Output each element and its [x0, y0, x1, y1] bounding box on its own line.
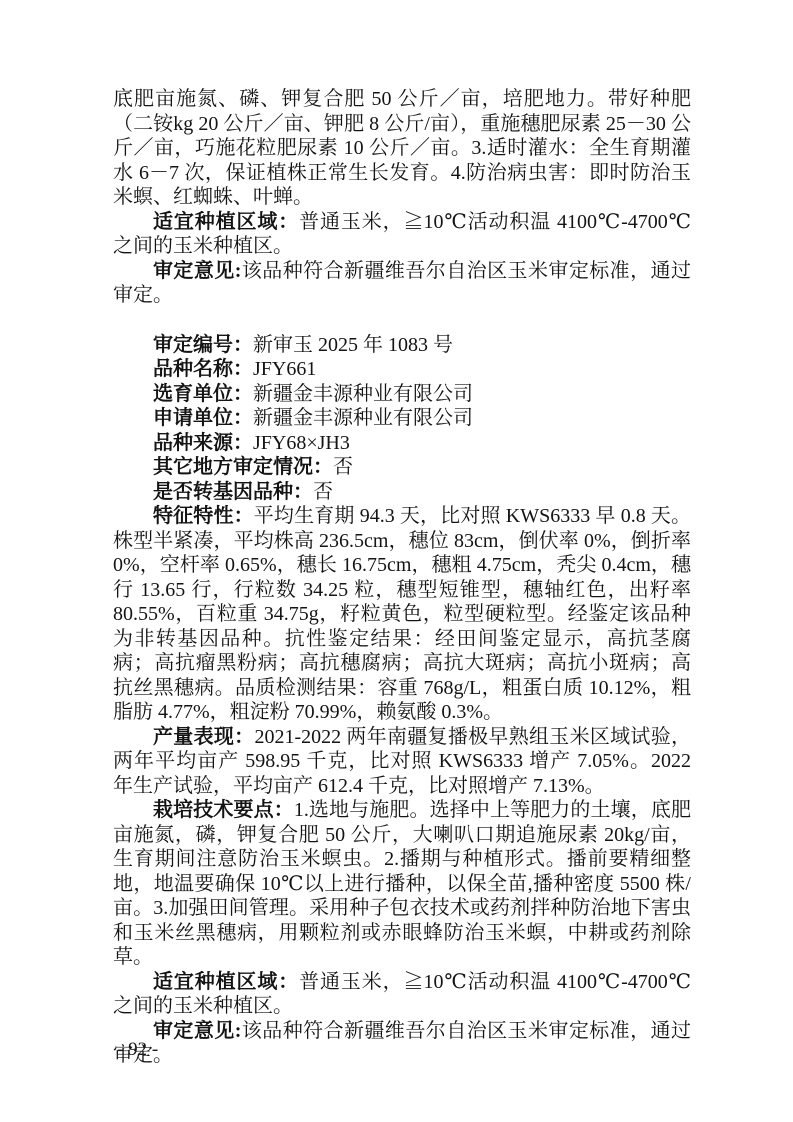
- paragraph-text: 新审玉 2025 年 1083 号: [253, 334, 453, 356]
- paragraph-text: JFY68×JH3: [253, 432, 350, 454]
- field-label: 适宜种植区域：: [153, 971, 299, 993]
- field-label: 是否转基因品种：: [153, 481, 313, 503]
- field-approval-opinion-1: 审定意见:该品种符合新疆维吾尔自治区玉米审定标准，通过审定。: [113, 259, 691, 308]
- field-applicant-unit: 申请单位：新疆金丰源种业有限公司: [113, 406, 691, 431]
- blank-line: [113, 308, 691, 333]
- field-is-transgenic: 是否转基因品种：否: [113, 480, 691, 505]
- paragraph-text: 否: [333, 456, 353, 478]
- field-suitable-region-2: 适宜种植区域：普通玉米，≧10℃活动积温 4100℃-4700℃之间的玉米种植区…: [113, 970, 691, 1019]
- field-characteristics: 特征特性：平均生育期 94.3 天，比对照 KWS6333 早 0.8 天。株型…: [113, 504, 691, 725]
- field-label: 适宜种植区域：: [153, 211, 299, 233]
- field-label: 审定意见:: [153, 1020, 241, 1042]
- paragraph-text: 平均生育期 94.3 天，比对照 KWS6333 早 0.8 天。株型半紧凑，平…: [113, 505, 691, 723]
- field-label: 特征特性：: [153, 505, 254, 527]
- page-number: - 92 -: [117, 1038, 158, 1062]
- paragraph-cultivation-continued: 底肥亩施氮、磷、钾复合肥 50 公斤／亩，培肥地力。带好种肥（二铵kg 20 公…: [113, 87, 691, 210]
- field-label: 审定编号：: [153, 334, 253, 356]
- field-label: 审定意见:: [153, 260, 241, 282]
- field-label: 申请单位：: [153, 407, 253, 429]
- field-label: 品种名称：: [153, 358, 253, 380]
- field-breeding-unit: 选育单位：新疆金丰源种业有限公司: [113, 382, 691, 407]
- field-variety-name: 品种名称：JFY661: [113, 357, 691, 382]
- field-cultivation-techniques: 栽培技术要点：1.选地与施肥。选择中上等肥力的土壤，底肥亩施氮，磷，钾复合肥 5…: [113, 798, 691, 970]
- paragraph-text: 否: [313, 481, 333, 503]
- field-suitable-region-1: 适宜种植区域：普通玉米，≧10℃活动积温 4100℃-4700℃之间的玉米种植区…: [113, 210, 691, 259]
- field-label: 品种来源：: [153, 432, 253, 454]
- field-label: 选育单位：: [153, 383, 253, 405]
- field-label: 产量表现：: [153, 726, 254, 748]
- field-approval-opinion-2: 审定意见:该品种符合新疆维吾尔自治区玉米审定标准，通过审定。: [113, 1019, 691, 1068]
- paragraph-text: 底肥亩施氮、磷、钾复合肥 50 公斤／亩，培肥地力。带好种肥（二铵kg 20 公…: [113, 88, 691, 208]
- paragraph-text: 1.选地与施肥。选择中上等肥力的土壤，底肥亩施氮，磷，钾复合肥 50 公斤，大喇…: [113, 799, 691, 968]
- document-text-block: 底肥亩施氮、磷、钾复合肥 50 公斤／亩，培肥地力。带好种肥（二铵kg 20 公…: [113, 87, 691, 1068]
- paragraph-text: 新疆金丰源种业有限公司: [253, 383, 473, 405]
- field-other-region-approval: 其它地方审定情况：否: [113, 455, 691, 480]
- field-variety-source: 品种来源：JFY68×JH3: [113, 431, 691, 456]
- paragraph-text: JFY661: [253, 358, 316, 380]
- paragraph-text: 新疆金丰源种业有限公司: [253, 407, 473, 429]
- field-label: 其它地方审定情况：: [153, 456, 333, 478]
- field-approval-number: 审定编号：新审玉 2025 年 1083 号: [113, 333, 691, 358]
- field-yield-performance: 产量表现：2021-2022 两年南疆复播极早熟组玉米区域试验，两年平均亩产 5…: [113, 725, 691, 799]
- field-label: 栽培技术要点：: [153, 799, 294, 821]
